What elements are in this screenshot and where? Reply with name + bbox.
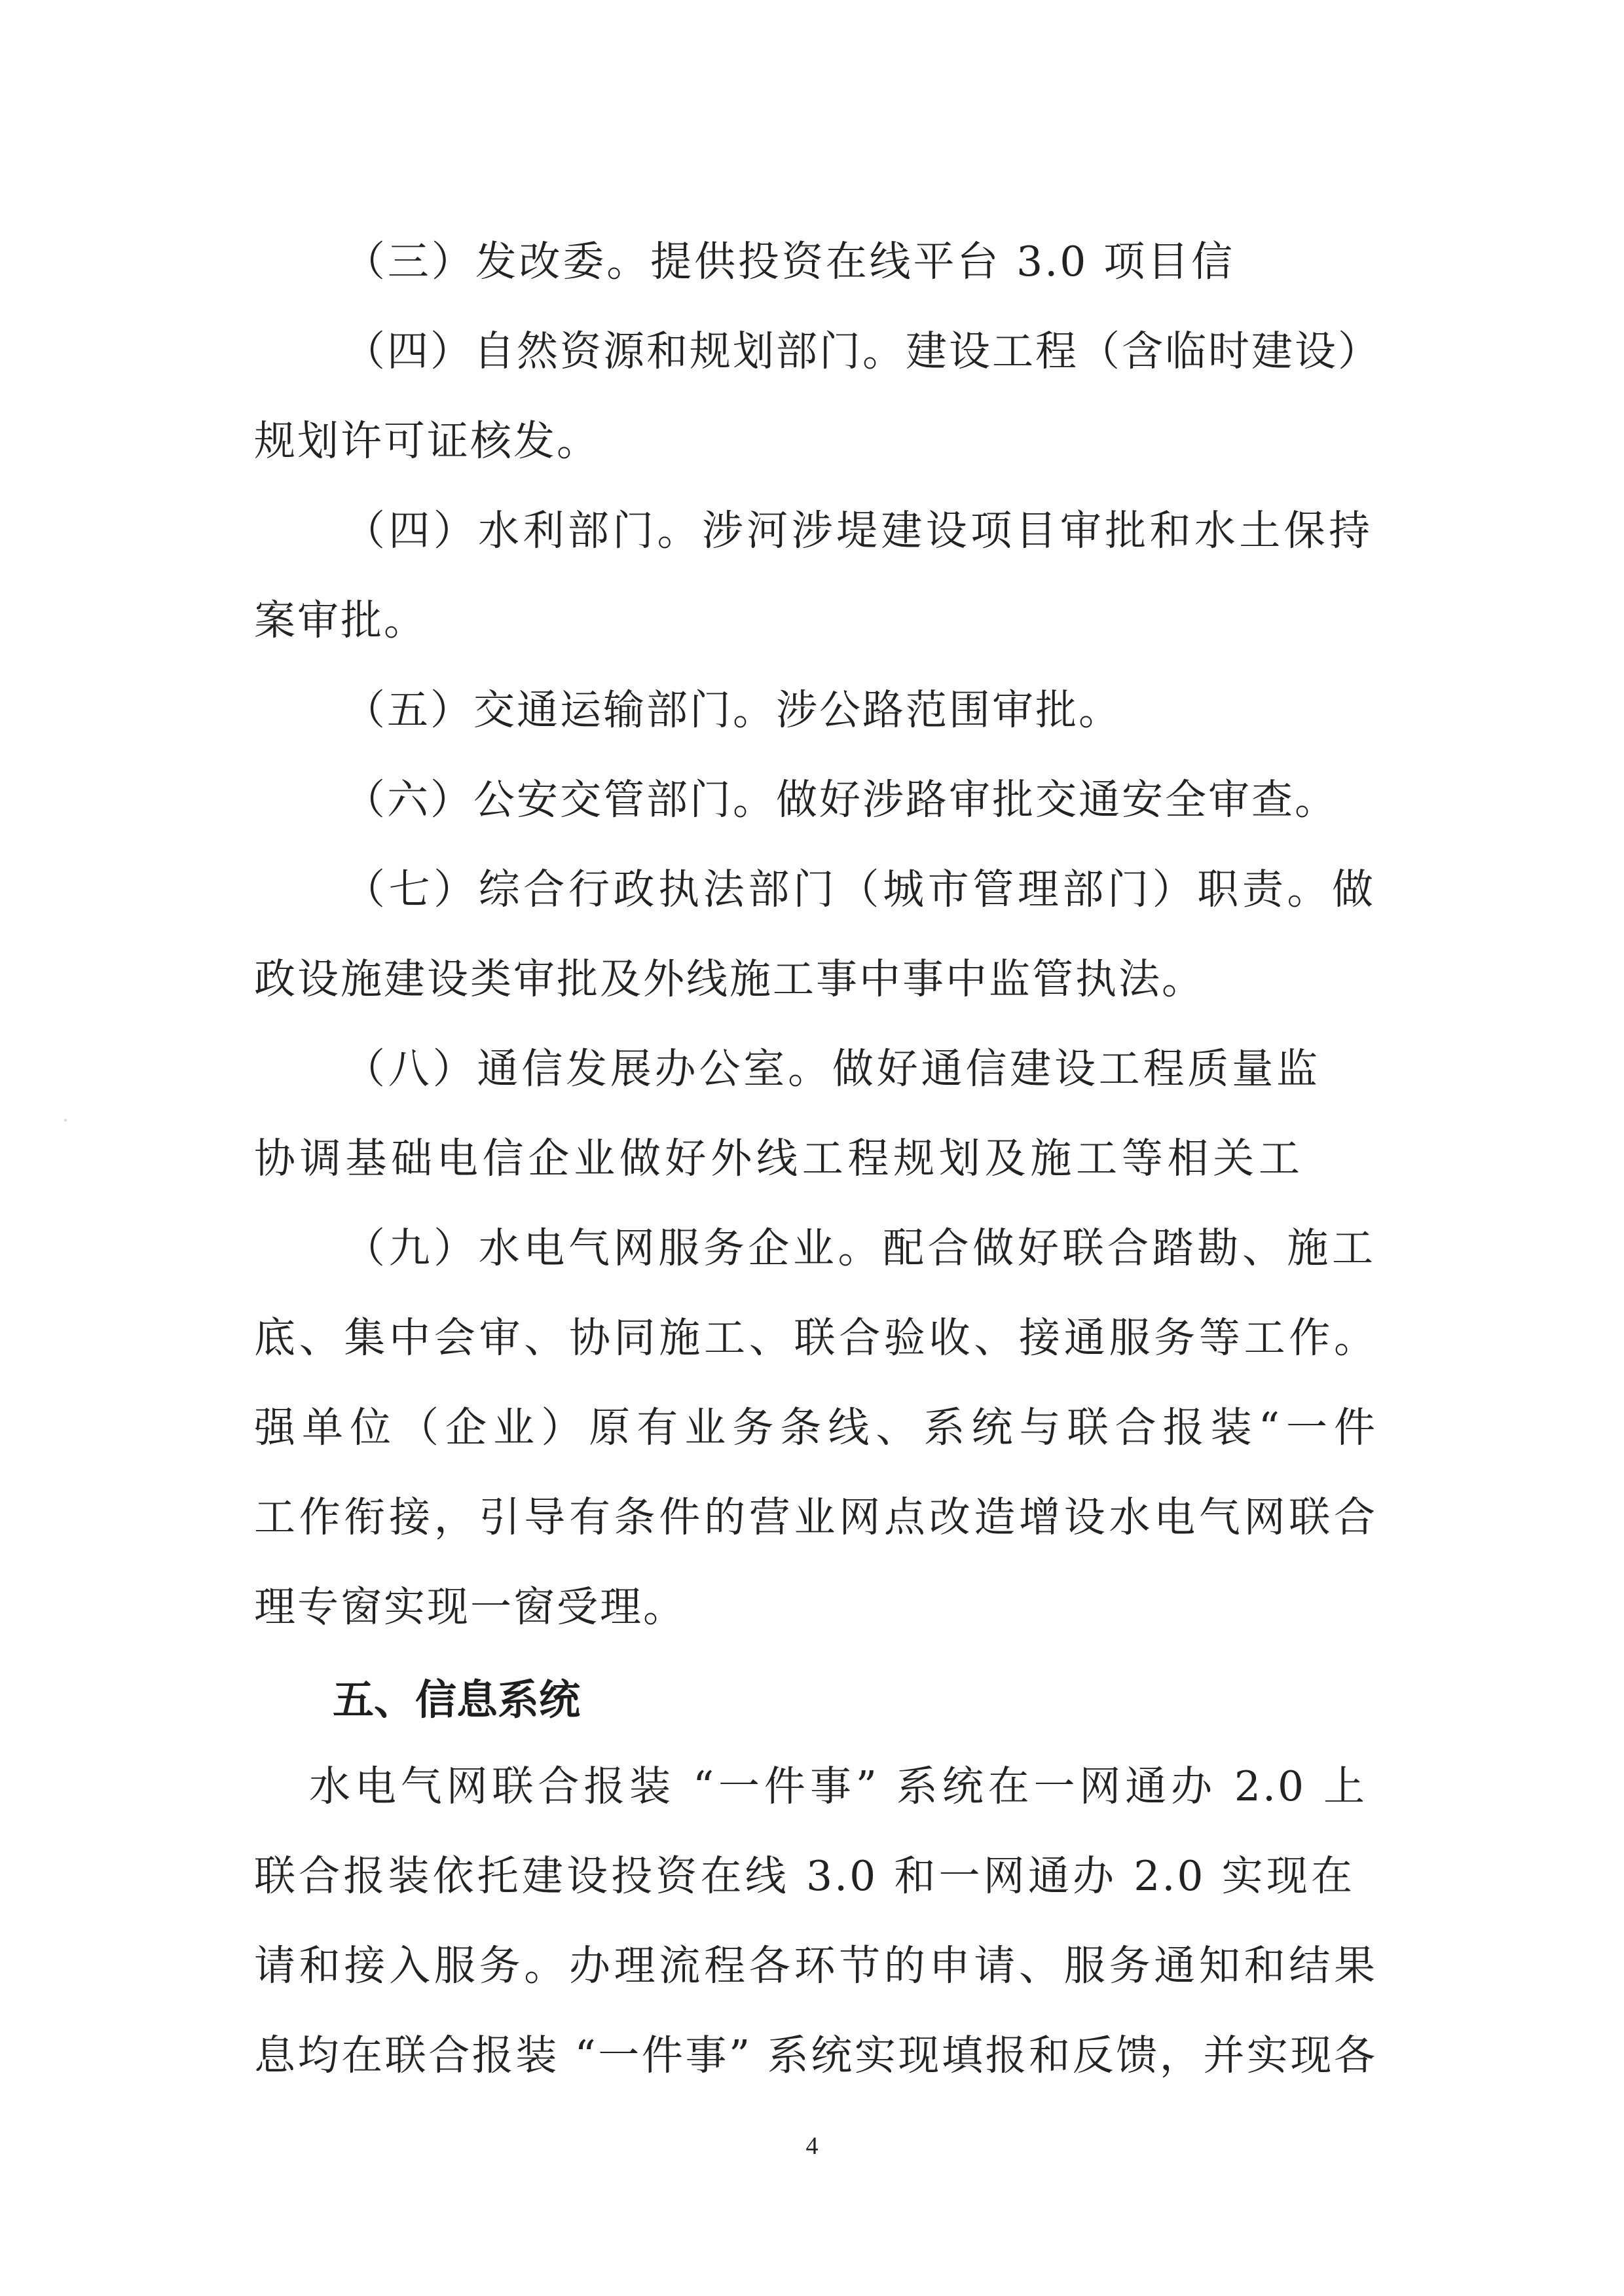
item-6-line: （六）公安交管部门。做好涉路审批交通安全审查。 (344, 777, 1338, 823)
section-5-line-2: 联合报装依托建设投资在线 3.0 和一网通办 2.0 实现在线申 (254, 1853, 1354, 1899)
section-5-line-3: 请和接入服务。办理流程各环节的申请、服务通知和结果信 (254, 1943, 1377, 1989)
item-4-line-2: 规划许可证核发。 (254, 418, 600, 464)
item-7-line-1: （七）综合行政执法部门（城市管理部门）职责。做好市 (344, 867, 1375, 913)
item-4-line-1: （四）自然资源和规划部门。建设工程（含临时建设） (344, 329, 1362, 374)
document-page: （三）发改委。提供投资在线平台 3.0 项目信息。 （四）自然资源和规划部门。建… (0, 0, 1624, 2296)
item-8-line-1: （八）通信发展办公室。做好通信建设工程质量监督。 (344, 1046, 1319, 1092)
section-5-line-1: 水电气网联合报装 “一件事” 系统在一网通办 2.0 上架。 (309, 1764, 1367, 1810)
page-number: 4 (792, 2133, 832, 2159)
item-3-line: （三）发改委。提供投资在线平台 3.0 项目信息。 (344, 239, 1234, 285)
section-5-line-4: 息均在联合报装 “一件事” 系统实现填报和反馈，并实现各 (254, 2033, 1377, 2079)
item-4b-line-1: （四）水利部门。涉河涉堤建设项目审批和水土保持方 (344, 508, 1372, 554)
item-9-line-2: 底、集中会审、协同施工、联合验收、接通服务等工作。加 (254, 1315, 1377, 1361)
item-5-line: （五）交通运输部门。涉公路范围审批。 (344, 687, 1122, 733)
scan-speck (64, 1119, 67, 1121)
item-9-line-4: 工作衔接，引导有条件的营业网点改造增设水电气网联合受 (254, 1495, 1377, 1540)
item-9-line-1: （九）水电气网服务企业。配合做好联合踏勘、施工交 (344, 1226, 1375, 1271)
item-4b-line-2: 案审批。 (254, 598, 427, 644)
item-9-line-5: 理专窗实现一窗受理。 (254, 1584, 686, 1630)
item-7-line-2: 政设施建设类审批及外线施工事中事中监管执法。 (254, 957, 1205, 1002)
item-9-line-3: 强单位（企业）原有业务条线、系统与联合报装“一件事”的 (254, 1405, 1377, 1451)
section-heading: 五、信息系统 (333, 1677, 580, 1723)
item-8-line-2: 协调基础电信企业做好外线工程规划及施工等相关工作。 (254, 1136, 1302, 1182)
